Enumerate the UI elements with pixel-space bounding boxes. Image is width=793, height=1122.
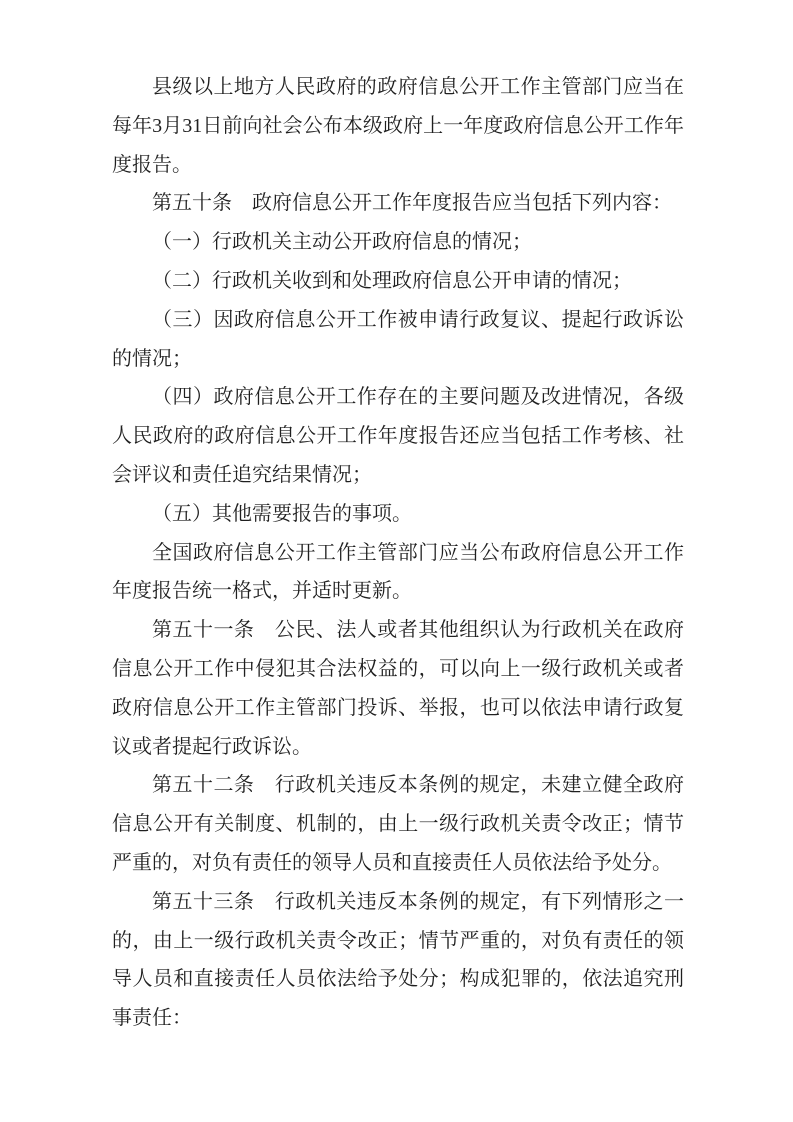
paragraph-report-format: 全国政府信息公开工作主管部门应当公布政府信息公开工作年度报告统一格式，并适时更新… (112, 534, 684, 612)
paragraph-article-53-intro: 第五十三条 行政机关违反本条例的规定，有下列情形之一的，由上一级行政机关责令改正… (112, 883, 684, 1038)
document-body: 县级以上地方人民政府的政府信息公开工作主管部门应当在每年3月31日前向社会公布本… (112, 68, 684, 1038)
paragraph-article-52: 第五十二条 行政机关违反本条例的规定，未建立健全政府信息公开有关制度、机制的，由… (112, 766, 684, 882)
paragraph-article-50-item-4: （四）政府信息公开工作存在的主要问题及改进情况，各级人民政府的政府信息公开工作年… (112, 378, 684, 494)
paragraph-annual-report-duty: 县级以上地方人民政府的政府信息公开工作主管部门应当在每年3月31日前向社会公布本… (112, 68, 684, 184)
paragraph-article-50-intro: 第五十条 政府信息公开工作年度报告应当包括下列内容： (112, 184, 684, 223)
paragraph-article-50-item-1: （一）行政机关主动公开政府信息的情况； (112, 223, 684, 262)
paragraph-article-50-item-3: （三）因政府信息公开工作被申请行政复议、提起行政诉讼的情况； (112, 301, 684, 379)
document-page: 县级以上地方人民政府的政府信息公开工作主管部门应当在每年3月31日前向社会公布本… (0, 0, 793, 1122)
paragraph-article-51: 第五十一条 公民、法人或者其他组织认为行政机关在政府信息公开工作中侵犯其合法权益… (112, 611, 684, 766)
paragraph-article-50-item-2: （二）行政机关收到和处理政府信息公开申请的情况； (112, 262, 684, 301)
paragraph-article-50-item-5: （五）其他需要报告的事项。 (112, 495, 684, 534)
